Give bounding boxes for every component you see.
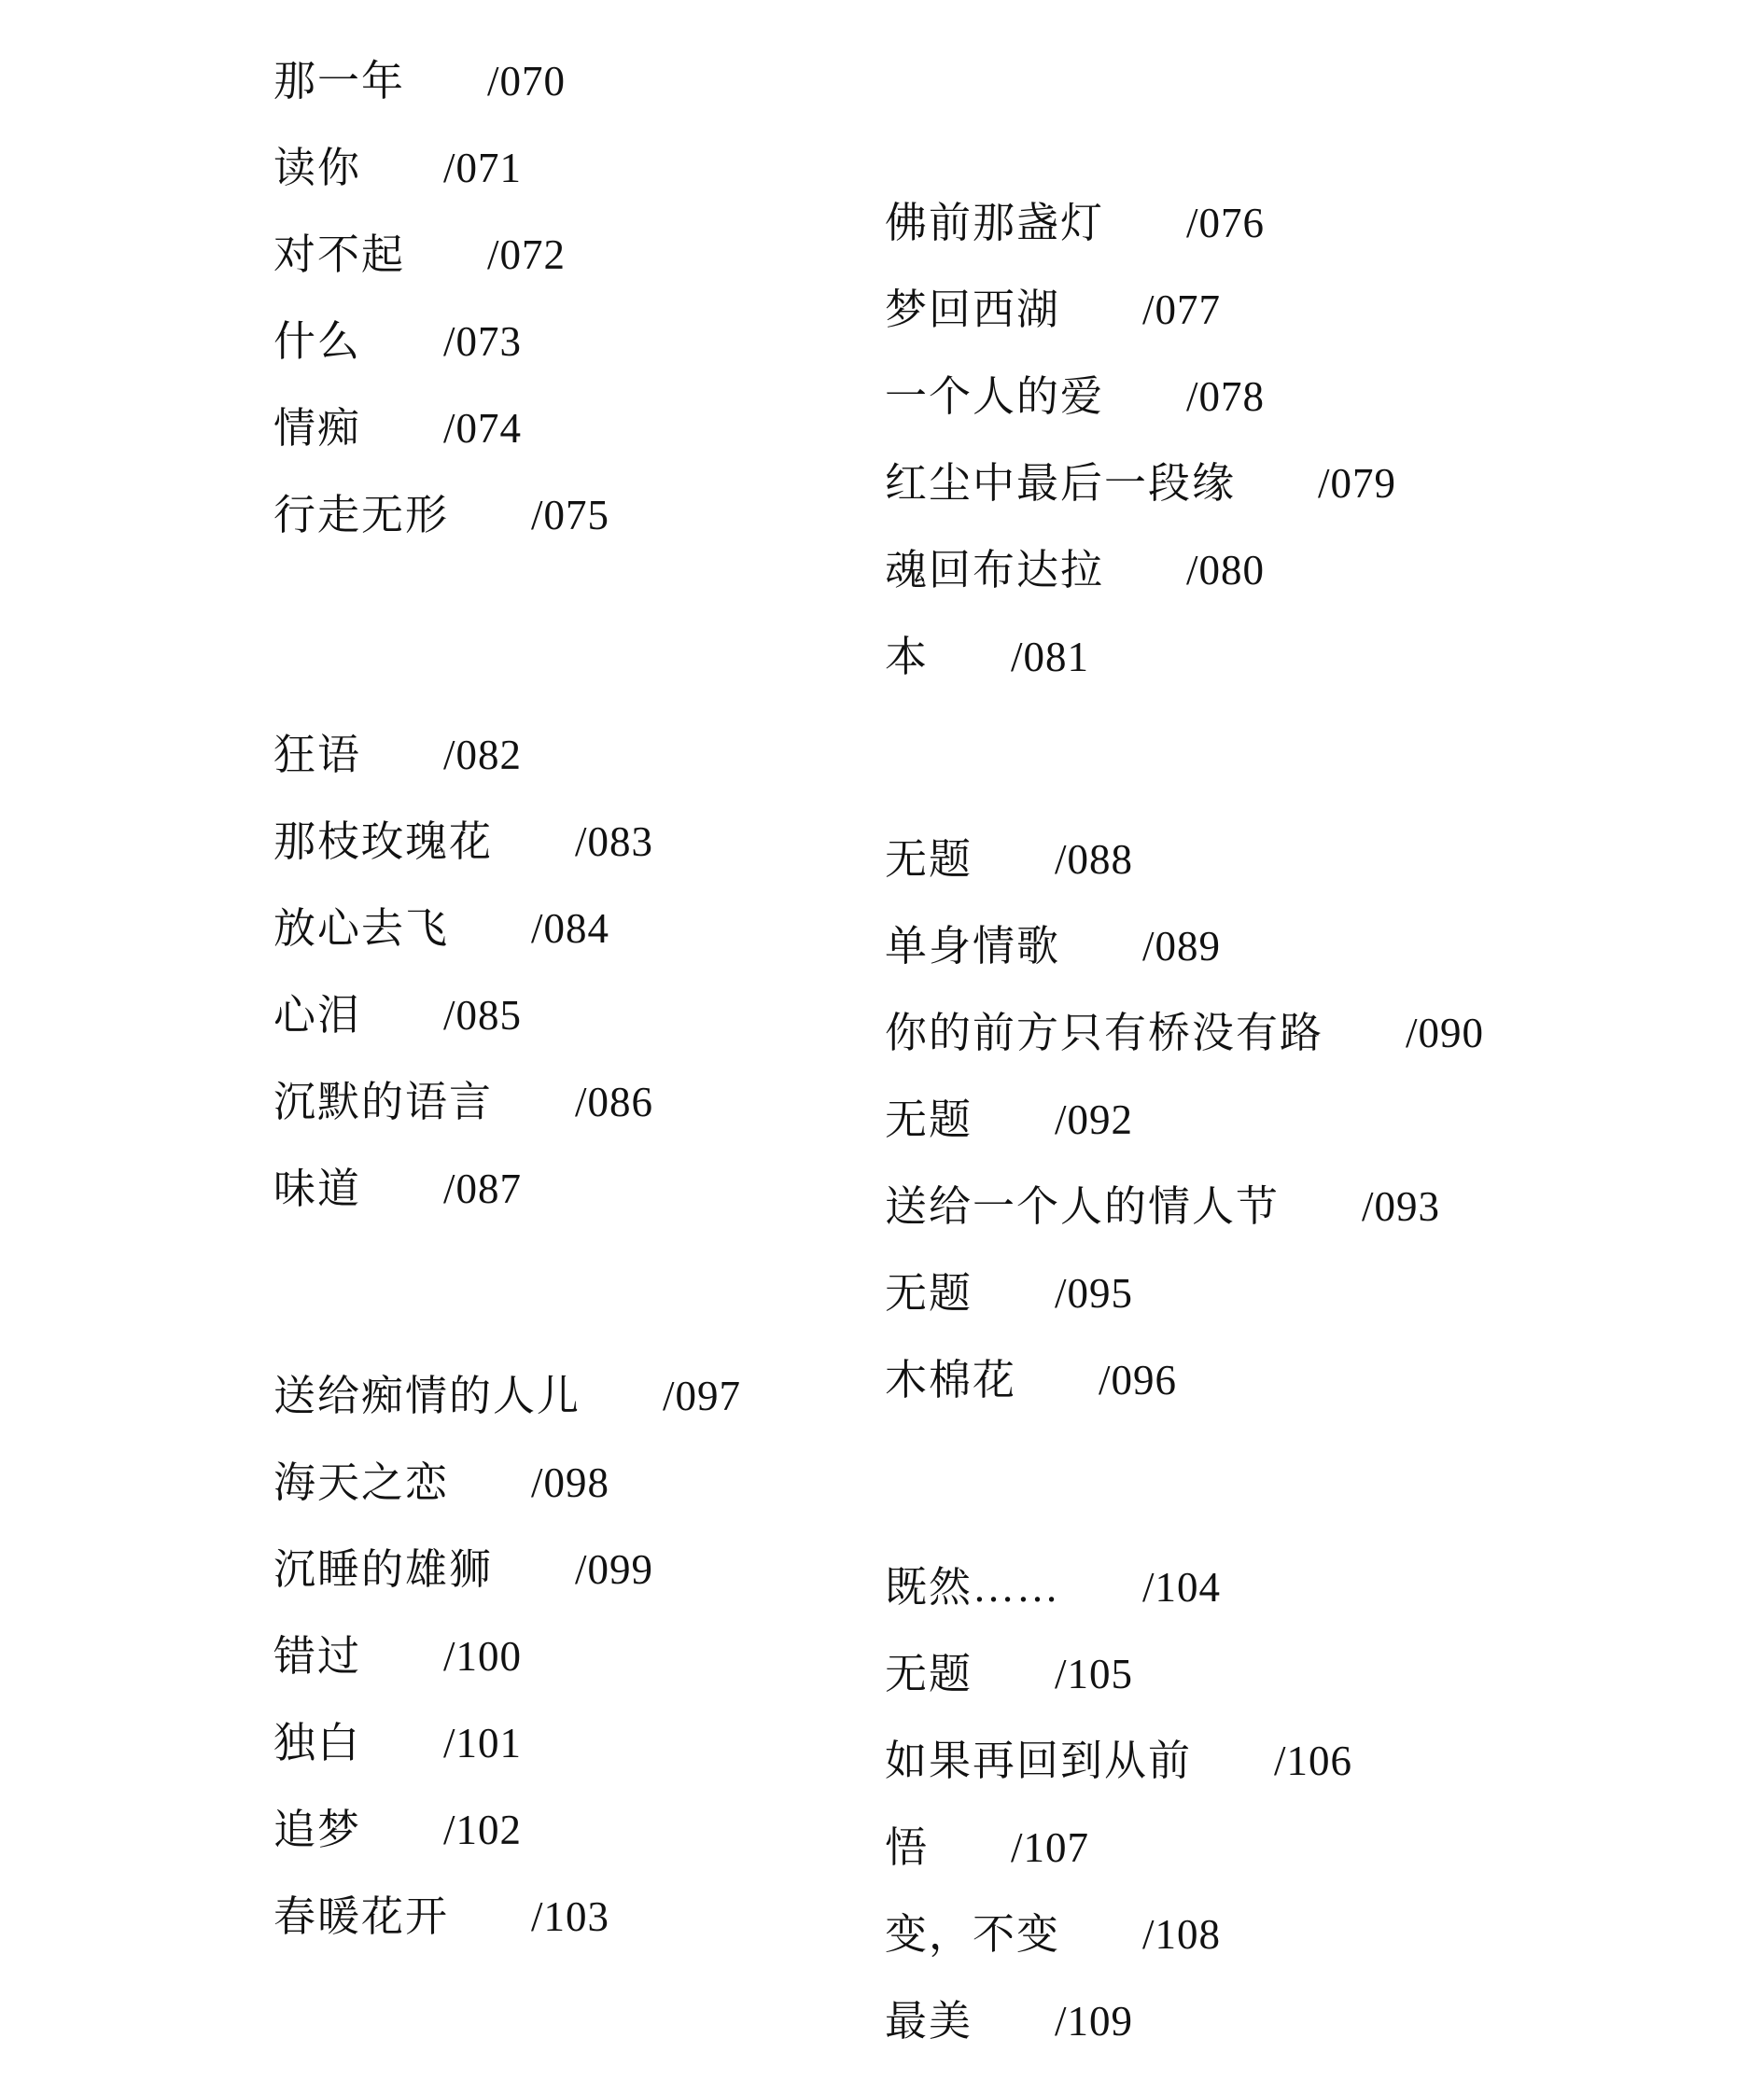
toc-entry: 悟/107	[885, 1805, 1352, 1892]
toc-entry-page-number: /101	[443, 1700, 522, 1787]
toc-entry-title: 春暖花开	[273, 1893, 449, 1940]
toc-entry-title: 红尘中最后一段缘	[885, 460, 1236, 507]
toc-entry-title: 那枝玫瑰花	[273, 818, 493, 865]
toc-entry-title: 那一年	[273, 58, 405, 105]
toc-entry-title: 读你	[273, 145, 361, 191]
toc-block: 那一年/070读你/071对不起/072什么/073情痴/074行走无形/075	[273, 38, 609, 559]
toc-block: 狂语/082那枝玫瑰花/083放心去飞/084心泪/085沉默的语言/086味道…	[273, 712, 653, 1233]
toc-entry-page-number: /074	[443, 385, 522, 472]
toc-entry-title: 无题	[885, 1096, 973, 1143]
toc-entry: 错过/100	[273, 1613, 741, 1700]
toc-entry: 如果再回到从前/106	[885, 1718, 1352, 1805]
toc-entry-page-number: /104	[1142, 1544, 1221, 1631]
toc-entry-title: 追梦	[273, 1807, 361, 1853]
toc-entry-page-number: /092	[1055, 1077, 1133, 1164]
toc-entry-title: 木棉花	[885, 1357, 1016, 1403]
toc-entry-title: 行走无形	[273, 492, 449, 538]
toc-entry-page-number: /078	[1186, 354, 1265, 440]
toc-entry-title: 什么	[273, 318, 361, 365]
toc-entry: 行走无形/075	[273, 472, 609, 559]
toc-entry-title: 错过	[273, 1633, 361, 1680]
toc-entry-page-number: /080	[1186, 527, 1265, 614]
toc-entry: 独白/101	[273, 1700, 741, 1787]
toc-entry-page-number: /077	[1142, 267, 1221, 354]
toc-entry: 追梦/102	[273, 1787, 741, 1874]
toc-entry-title: 悟	[885, 1824, 929, 1871]
toc-entry-title: 狂语	[273, 732, 361, 778]
toc-entry-title: 一个人的爱	[885, 373, 1104, 420]
toc-entry-page-number: /098	[531, 1440, 609, 1527]
toc-entry: 什么/073	[273, 299, 609, 385]
toc-entry-page-number: /105	[1055, 1631, 1133, 1718]
toc-entry-page-number: /108	[1142, 1892, 1221, 1978]
toc-entry: 送给一个人的情人节/093	[885, 1164, 1484, 1250]
toc-entry-page-number: /087	[443, 1146, 522, 1233]
toc-entry-page-number: /072	[487, 212, 566, 299]
toc-block: 无题/088单身情歌/089你的前方只有桥没有路/090无题/092送给一个人的…	[885, 817, 1484, 1424]
toc-entry: 木棉花/096	[885, 1337, 1484, 1424]
toc-entry: 心泪/085	[273, 972, 653, 1059]
toc-entry: 读你/071	[273, 125, 609, 212]
toc-block: 既然……/104无题/105如果再回到从前/106悟/107变，不变/108最美…	[885, 1544, 1352, 2065]
toc-entry-page-number: /084	[531, 886, 609, 972]
toc-entry-title: 既然……	[885, 1564, 1060, 1611]
toc-entry: 变，不变/108	[885, 1892, 1352, 1978]
toc-entry-title: 沉睡的雄狮	[273, 1546, 493, 1593]
toc-entry-page-number: /085	[443, 972, 522, 1059]
toc-entry-title: 放心去飞	[273, 905, 449, 952]
toc-entry-page-number: /102	[443, 1787, 522, 1874]
toc-block: 送给痴情的人儿/097海天之恋/098沉睡的雄狮/099错过/100独白/101…	[273, 1353, 741, 1961]
toc-entry-title: 无题	[885, 1651, 973, 1697]
toc-entry-page-number: /079	[1318, 440, 1396, 527]
toc-entry-page-number: /106	[1274, 1718, 1352, 1805]
toc-entry: 魂回布达拉/080	[885, 527, 1396, 614]
toc-entry: 送给痴情的人儿/097	[273, 1353, 741, 1440]
toc-entry: 最美/109	[885, 1978, 1352, 2065]
toc-entry-page-number: /109	[1055, 1978, 1133, 2065]
toc-entry: 一个人的爱/078	[885, 354, 1396, 440]
toc-entry-title: 如果再回到从前	[885, 1738, 1192, 1784]
toc-entry: 情痴/074	[273, 385, 609, 472]
toc-entry-page-number: /095	[1055, 1250, 1133, 1337]
toc-entry-page-number: /096	[1099, 1337, 1177, 1424]
toc-entry-title: 独白	[273, 1720, 361, 1766]
toc-entry-title: 情痴	[273, 405, 361, 452]
toc-entry-page-number: /075	[531, 472, 609, 559]
toc-entry-page-number: /086	[575, 1059, 653, 1146]
toc-entry-title: 你的前方只有桥没有路	[885, 1010, 1323, 1056]
toc-entry-title: 味道	[273, 1166, 361, 1212]
toc-entry: 单身情歌/089	[885, 903, 1484, 990]
toc-entry: 味道/087	[273, 1146, 653, 1233]
toc-entry: 本/081	[885, 614, 1396, 701]
toc-entry: 沉睡的雄狮/099	[273, 1527, 741, 1613]
toc-entry: 春暖花开/103	[273, 1874, 741, 1961]
toc-entry: 佛前那盏灯/076	[885, 180, 1396, 267]
toc-entry-page-number: /081	[1011, 614, 1089, 701]
toc-entry: 红尘中最后一段缘/079	[885, 440, 1396, 527]
toc-entry: 既然……/104	[885, 1544, 1352, 1631]
toc-entry: 无题/105	[885, 1631, 1352, 1718]
toc-entry-page-number: /076	[1186, 180, 1265, 267]
toc-entry-page-number: /082	[443, 712, 522, 799]
toc-page: 那一年/070读你/071对不起/072什么/073情痴/074行走无形/075…	[0, 0, 1764, 2080]
toc-entry: 你的前方只有桥没有路/090	[885, 990, 1484, 1077]
toc-entry-page-number: /073	[443, 299, 522, 385]
toc-entry-page-number: /088	[1055, 817, 1133, 903]
toc-entry-title: 沉默的语言	[273, 1079, 493, 1125]
toc-entry-title: 最美	[885, 1998, 973, 2045]
toc-entry-title: 无题	[885, 836, 973, 883]
toc-entry-page-number: /099	[575, 1527, 653, 1613]
toc-entry-title: 变，不变	[885, 1911, 1060, 1958]
toc-entry: 那一年/070	[273, 38, 609, 125]
toc-entry: 对不起/072	[273, 212, 609, 299]
toc-entry-page-number: /070	[487, 38, 566, 125]
toc-entry-title: 对不起	[273, 231, 405, 278]
toc-entry: 狂语/082	[273, 712, 653, 799]
toc-entry: 海天之恋/098	[273, 1440, 741, 1527]
toc-entry-title: 无题	[885, 1270, 973, 1317]
toc-entry-page-number: /089	[1142, 903, 1221, 990]
toc-entry-title: 送给一个人的情人节	[885, 1183, 1280, 1230]
toc-entry-title: 单身情歌	[885, 923, 1060, 970]
toc-entry-title: 佛前那盏灯	[885, 200, 1104, 246]
toc-entry: 梦回西湖/077	[885, 267, 1396, 354]
toc-entry-page-number: /093	[1362, 1164, 1440, 1250]
toc-entry-page-number: /103	[531, 1874, 609, 1961]
toc-entry-page-number: /071	[443, 125, 522, 212]
toc-entry-title: 魂回布达拉	[885, 547, 1104, 593]
toc-entry-title: 本	[885, 634, 929, 680]
toc-entry-page-number: /100	[443, 1613, 522, 1700]
toc-entry-page-number: /090	[1406, 990, 1484, 1077]
toc-entry-page-number: /097	[663, 1353, 741, 1440]
toc-entry-page-number: /083	[575, 799, 653, 886]
toc-entry: 沉默的语言/086	[273, 1059, 653, 1146]
toc-entry-title: 海天之恋	[273, 1459, 449, 1506]
toc-entry-title: 梦回西湖	[885, 286, 1060, 333]
toc-entry-title: 送给痴情的人儿	[273, 1373, 581, 1419]
toc-entry: 无题/088	[885, 817, 1484, 903]
toc-entry: 那枝玫瑰花/083	[273, 799, 653, 886]
toc-entry: 无题/095	[885, 1250, 1484, 1337]
toc-entry: 放心去飞/084	[273, 886, 653, 972]
toc-entry: 无题/092	[885, 1077, 1484, 1164]
toc-entry-page-number: /107	[1011, 1805, 1089, 1892]
toc-block: 佛前那盏灯/076梦回西湖/077一个人的爱/078红尘中最后一段缘/079魂回…	[885, 180, 1396, 701]
toc-entry-title: 心泪	[273, 992, 361, 1039]
